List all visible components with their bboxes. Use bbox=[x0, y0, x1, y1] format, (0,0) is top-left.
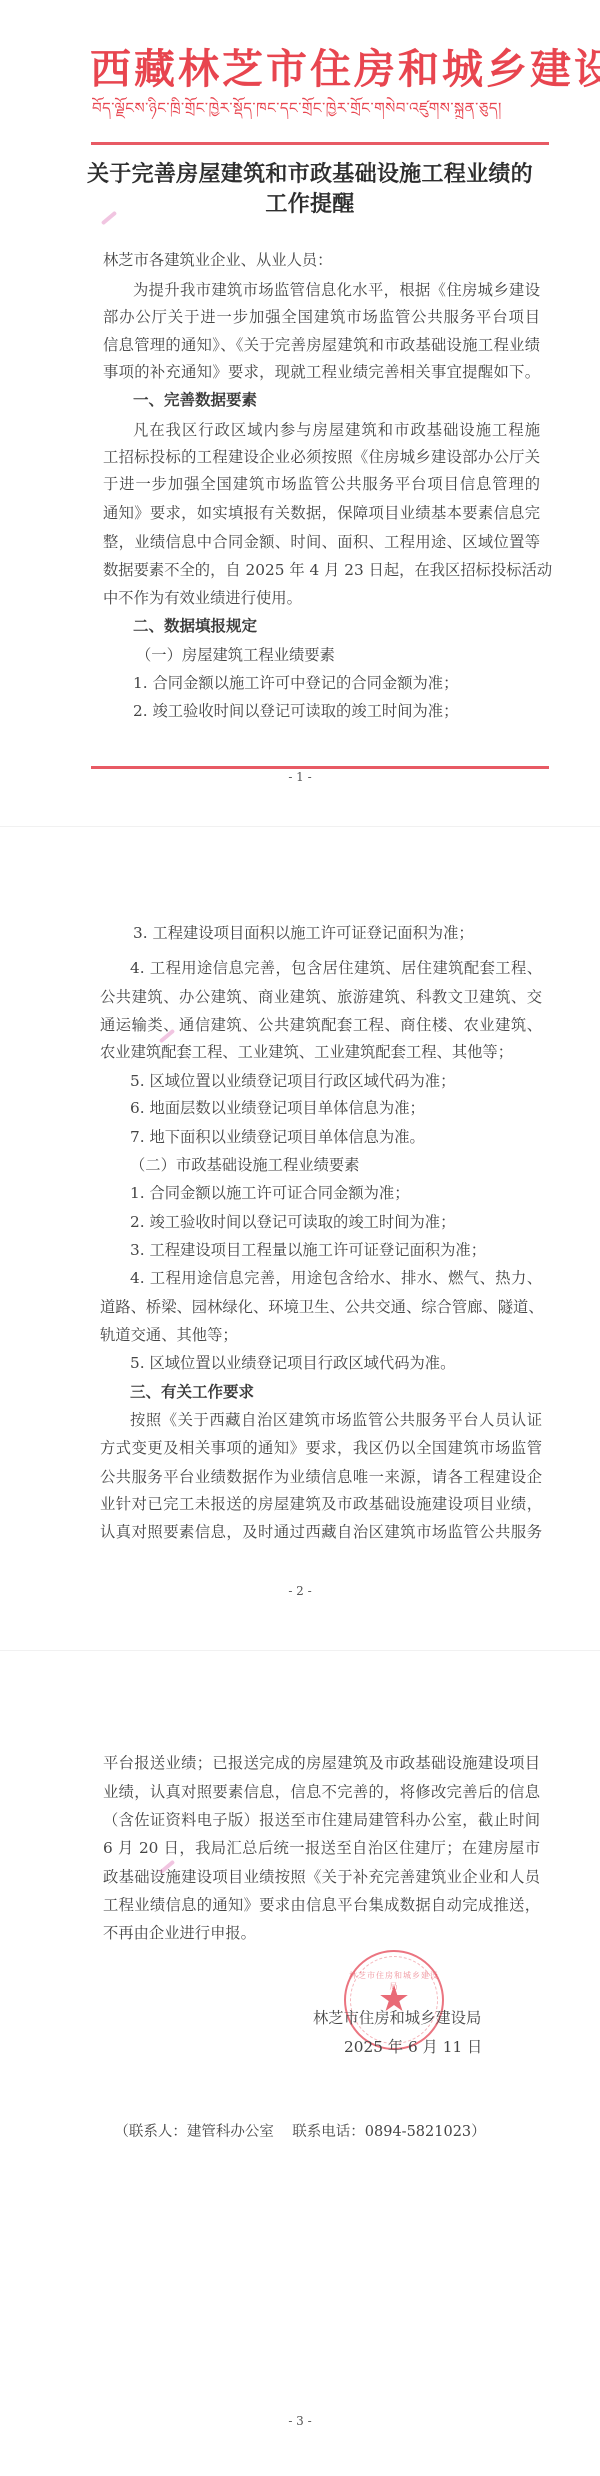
letterhead-char: 建 bbox=[530, 44, 574, 94]
list-item: 3. 工程建设项目面积以施工许可证登记面积为准； bbox=[133, 920, 540, 946]
section3-line: 按照《关于西藏自治区建筑市场监管公共服务平台人员认证 bbox=[130, 1407, 542, 1433]
list-item: 1. 合同金额以施工许可中登记的合同金额为准； bbox=[133, 670, 540, 696]
list-item: 1. 合同金额以施工许可证合同金额为准； bbox=[130, 1180, 537, 1206]
page-number: - 1 - bbox=[0, 770, 600, 784]
letterhead-red-rule bbox=[91, 142, 549, 145]
letterhead-char: 乡 bbox=[486, 44, 530, 94]
intro-line: 部办公厅关于进一步加强全国建筑市场监管公共服务平台项目 bbox=[103, 304, 540, 330]
list-item: 2. 竣工验收时间以登记可读取的竣工时间为准； bbox=[133, 698, 540, 724]
signature-org: 林芝市住房和城乡建设局 bbox=[313, 2006, 481, 2030]
list-item-cont: 轨道交通、其他等； bbox=[100, 1322, 542, 1348]
section1-line: 数据要素不全的，自 2025 年 4 月 23 日起，在我区招标投标活动 bbox=[103, 557, 540, 583]
list-item: 5. 区域位置以业绩登记项目行政区域代码为准； bbox=[130, 1068, 537, 1094]
subsection-heading-2: （二）市政基础设施工程业绩要素 bbox=[130, 1152, 537, 1178]
section3-line: 方式变更及相关事项的通知》要求，我区仍以全国建筑市场监管 bbox=[100, 1435, 542, 1461]
contact-info: （联系人：建管科办公室 联系电话：0894-5821023） bbox=[0, 2120, 600, 2141]
page-number: - 2 - bbox=[0, 1584, 600, 1598]
letterhead-tibetan-name: བོད་ལྗོངས་ཉིང་ཁྲི་གྲོང་ཁྱེར་སྡོད་ཁང་དང་ག… bbox=[92, 97, 548, 119]
intro-line: 为提升我市建筑市场监管信息化水平，根据《住房城乡建设 bbox=[133, 277, 540, 303]
letterhead-char: 住 bbox=[310, 44, 354, 94]
document-title-line2: 工作提醒 bbox=[80, 190, 540, 218]
letterhead-char: 市 bbox=[266, 44, 310, 94]
list-item: 4. 工程用途信息完善，包含居住建筑、居住建筑配套工程、 bbox=[130, 955, 542, 981]
list-item-cont: 公共建筑、办公建筑、商业建筑、旅游建筑、科教文卫建筑、交 bbox=[100, 984, 542, 1010]
letterhead-char: 设 bbox=[574, 44, 600, 94]
intro-line: 信息管理的通知》、《关于完善房屋建筑和市政基础设施工程业绩 bbox=[103, 332, 540, 358]
section3-line: 业绩，认真对照要素信息，信息不完善的，将修改完善后的信息 bbox=[103, 1779, 540, 1805]
section3-line: 业针对已完工未报送的房屋建筑及市政基础设施建设项目业绩， bbox=[100, 1491, 542, 1517]
salutation: 林芝市各建筑业企业、从业人员： bbox=[103, 247, 540, 273]
page-number: - 3 - bbox=[0, 2414, 600, 2428]
list-item: 5. 区域位置以业绩登记项目行政区域代码为准。 bbox=[130, 1350, 537, 1376]
section-heading-3: 三、有关工作要求 bbox=[130, 1379, 537, 1405]
section-heading-2: 二、数据填报规定 bbox=[133, 613, 540, 639]
subsection-heading-1: （一）房屋建筑工程业绩要素 bbox=[136, 642, 543, 668]
letterhead-char: 芝 bbox=[222, 44, 266, 94]
footer-red-rule bbox=[91, 766, 549, 769]
letterhead-char: 林 bbox=[178, 44, 222, 94]
list-item: 2. 竣工验收时间以登记可读取的竣工时间为准； bbox=[130, 1209, 537, 1235]
page-break bbox=[0, 826, 600, 827]
section-heading-1: 一、完善数据要素 bbox=[133, 387, 540, 413]
section1-line: 凡在我区行政区域内参与房屋建筑和市政基础设施工程施 bbox=[133, 417, 540, 443]
letterhead-org-name: 西 藏 林 芝 市 住 房 和 城 乡 建 设 局 bbox=[90, 44, 550, 94]
letterhead-char: 和 bbox=[398, 44, 442, 94]
list-item-cont: 农业建筑配套工程、工业建筑、工业建筑配套工程、其他等； bbox=[100, 1039, 542, 1065]
section1-line: 于进一步加强全国建筑市场监管公共服务平台项目信息管理的 bbox=[103, 471, 540, 497]
section3-line: （含佐证资料电子版）报送至市住建局建管科办公室，截止时间 bbox=[103, 1807, 540, 1833]
list-item: 4. 工程用途信息完善，用途包含给水、排水、燃气、热力、 bbox=[130, 1265, 542, 1291]
list-item: 3. 工程建设项目工程量以施工许可证登记面积为准； bbox=[130, 1237, 537, 1263]
list-item: 6. 地面层数以业绩登记项目单体信息为准； bbox=[130, 1095, 537, 1121]
page-break bbox=[0, 1650, 600, 1651]
signature-date: 2025 年 6 月 11 日 bbox=[344, 2035, 482, 2059]
section1-line: 整，业绩信息中合同金额、时间、面积、工程用途、区域位置等 bbox=[103, 529, 540, 555]
section3-line: 不再由企业进行申报。 bbox=[103, 1920, 540, 1946]
list-item-cont: 道路、桥梁、园林绿化、环境卫生、公共交通、综合管廊、隧道、 bbox=[100, 1294, 542, 1320]
section1-line: 通知》要求，如实填报有关数据，保障项目业绩基本要素信息完 bbox=[103, 500, 540, 526]
section3-line: 公共服务平台业绩数据作为业绩信息唯一来源，请各工程建设企 bbox=[100, 1464, 542, 1490]
section3-line: 6 月 20 日，我局汇总后统一报送至自治区住建厅；在建房屋市 bbox=[103, 1835, 540, 1861]
section3-line: 工程业绩信息的通知》要求由信息平台集成数据自动完成推送， bbox=[103, 1892, 540, 1918]
letterhead-char: 西 bbox=[90, 44, 134, 94]
section3-line: 平台报送业绩；已报送完成的房屋建筑及市政基础设施建设项目 bbox=[103, 1750, 540, 1776]
section1-line: 中不作为有效业绩进行使用。 bbox=[103, 585, 540, 611]
letterhead-char: 房 bbox=[354, 44, 398, 94]
intro-line: 事项的补充通知》要求，现就工程业绩完善相关事宜提醒如下。 bbox=[103, 359, 540, 385]
letterhead-char: 藏 bbox=[134, 44, 178, 94]
document-title-line1: 关于完善房屋建筑和市政基础设施工程业绩的 bbox=[80, 160, 540, 188]
letterhead-char: 城 bbox=[442, 44, 486, 94]
section3-line: 认真对照要素信息，及时通过西藏自治区建筑市场监管公共服务 bbox=[100, 1519, 542, 1545]
section1-line: 工招标投标的工程建设企业必须按照《住房城乡建设部办公厅关 bbox=[103, 444, 540, 470]
list-item: 7. 地下面积以业绩登记项目单体信息为准。 bbox=[130, 1124, 537, 1150]
